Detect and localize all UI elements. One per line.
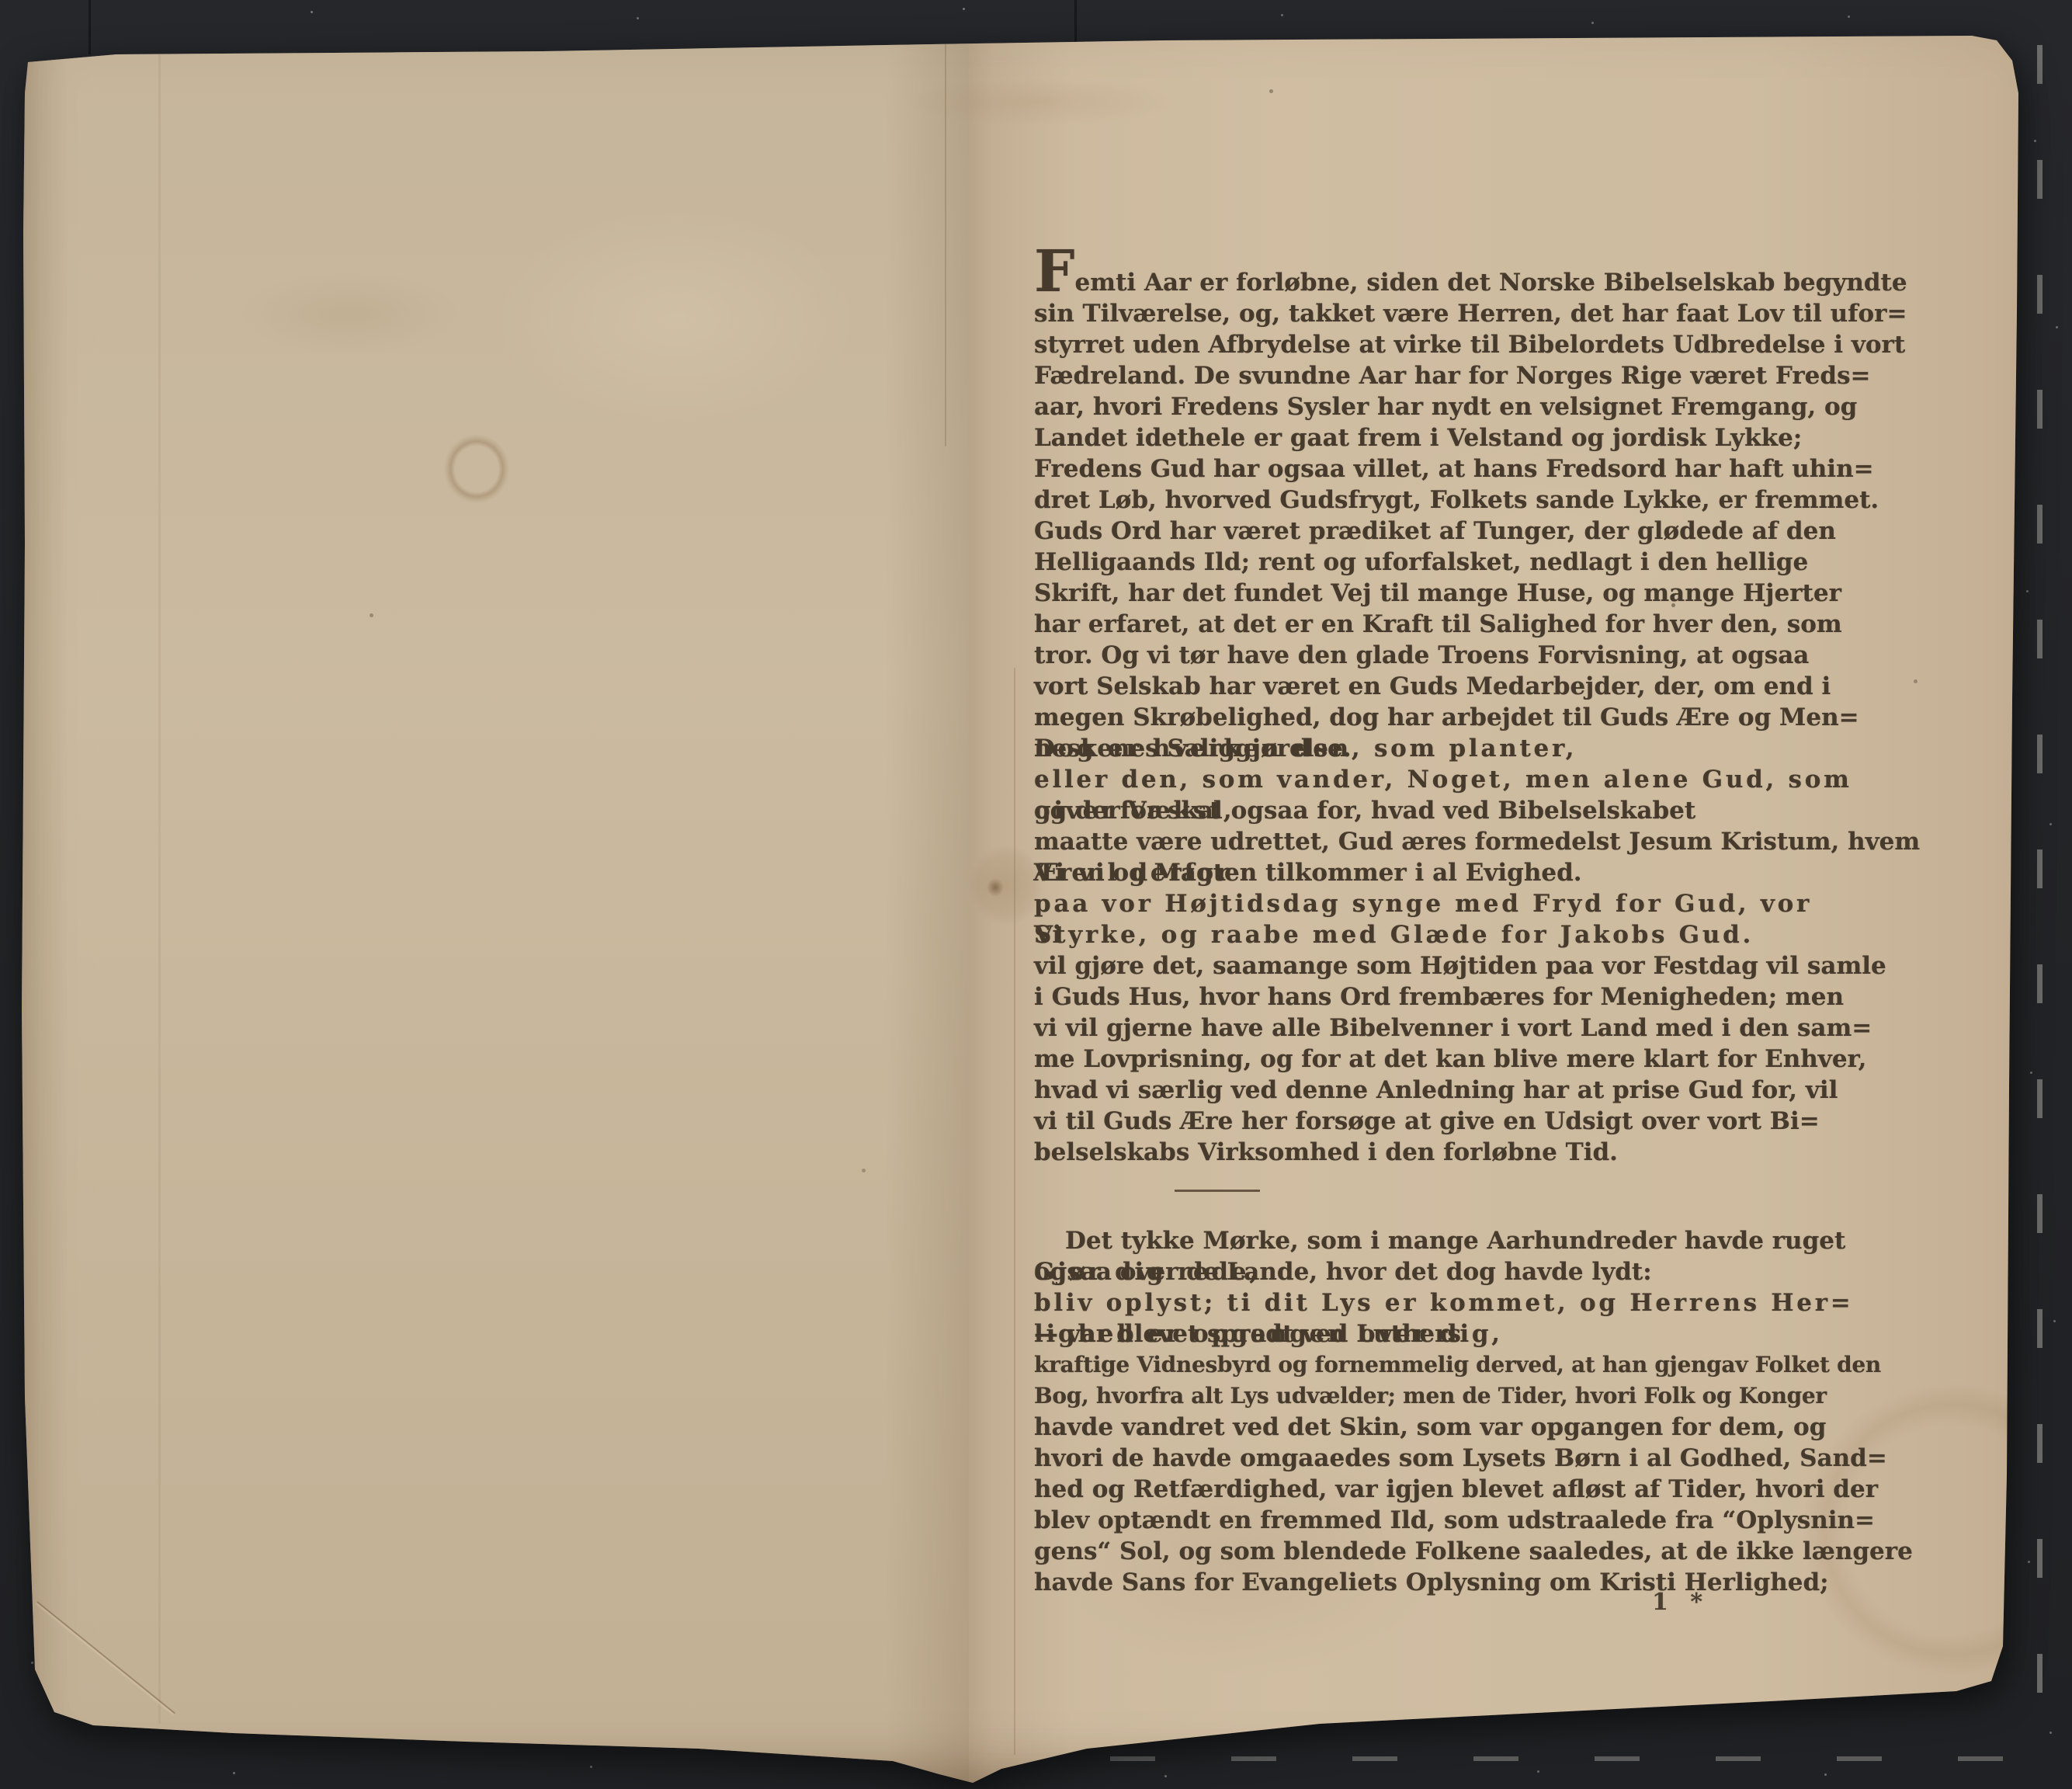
paper-edge-vignette: [0, 0, 2072, 1789]
book-spread: Femti Aar er forløbne, siden det Norske …: [0, 0, 2072, 1789]
archive-mat: Femti Aar er forløbne, siden det Norske …: [0, 0, 2072, 1789]
book-spread-shadow: Femti Aar er forløbne, siden det Norske …: [0, 0, 2072, 1789]
